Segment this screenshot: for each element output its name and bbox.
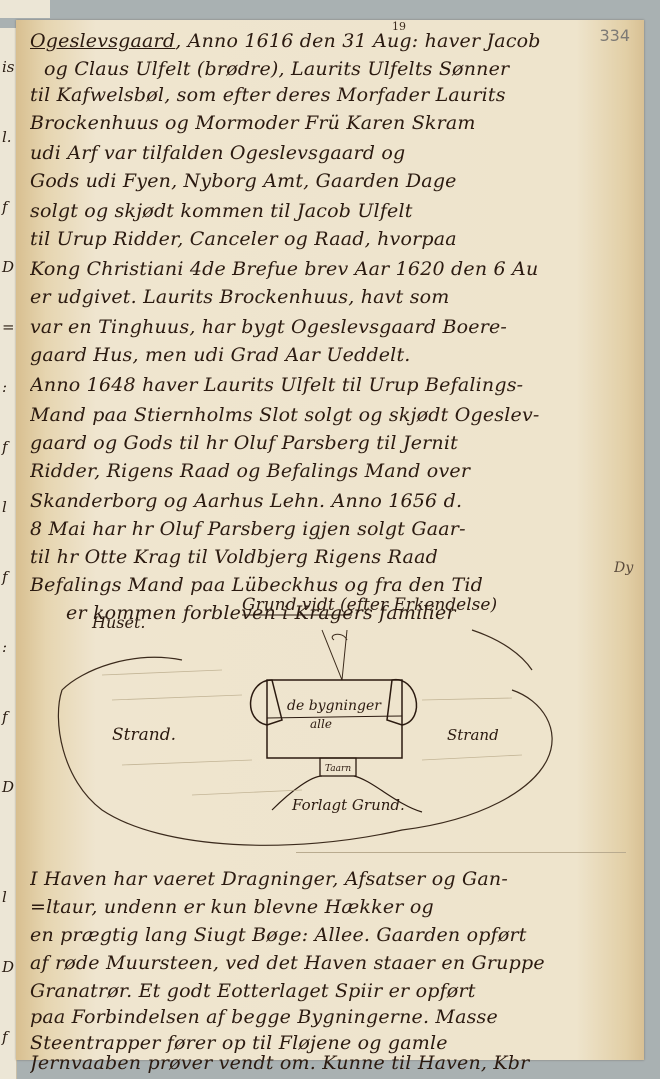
text-line: Kong Christiani 4de Brefue brev Aar 1620… [30,258,634,288]
text-line: gaard og Gods til hr Oluf Parsberg til J… [30,432,634,462]
adjacent-text-fragment: l [2,888,7,906]
bottom-label: Forlagt Grund. [291,796,405,814]
adjacent-text-fragment: f [2,568,8,586]
adjacent-text-fragment: f [2,708,8,726]
left-field-label: Strand. [112,725,176,745]
text-line: var en Tinghuus, har bygt Ogeslevsgaard … [30,316,634,346]
adjacent-text-fragment: is [2,58,15,76]
text-line: til Kafwelsbøl, som efter deres Morfader… [30,84,634,114]
adjacent-text-fragment: D [2,778,14,796]
text-line: Anno 1648 haver Laurits Ulfelt til Urup … [30,374,634,404]
text-line: Ogeslevsgaard, Anno 1616 den 31 Aug: hav… [30,30,634,60]
text-line: udi Arf var tilfalden Ogeslevsgaard og [30,142,634,172]
text-line: Gods udi Fyen, Nyborg Amt, Gaarden Dage [30,170,634,200]
text-line: Jernvaaben prøver vendt om. Kunne til Ha… [30,1052,634,1079]
adjacent-text-fragment: D [2,258,14,276]
text-line: en prægtig lang Siugt Bøge: Allee. Gaard… [30,924,634,954]
bridge-lines [322,630,347,680]
main-building [267,680,402,758]
text-line: 8 Mai har hr Oluf Parsberg igjen solgt G… [30,518,634,548]
text-line: Ridder, Rigens Raad og Befalings Mand ov… [30,460,634,490]
adjacent-text-fragment: D [2,958,14,976]
separator-line [296,852,626,853]
adjacent-text-fragment: f [2,1028,8,1046]
adjacent-text-fragment: = [2,318,15,336]
adjacent-page-edge: is l. f D = : f l f : f D l D f [0,28,17,1079]
adjacent-text-fragment: : [2,638,7,656]
text-line: Brockenhuus og Mormoder Frü Karen Skram [30,112,634,142]
text-line: af røde Muursteen, ved det Haven staaer … [30,952,634,982]
text-line: I Haven har vaeret Dragninger, Afsatser … [30,868,634,898]
text-line: gaard Hus, men udi Grad Aar Ueddelt. [30,344,634,374]
text-line: Mand paa Stiernholms Slot solgt og skjød… [30,404,634,434]
underlying-page-corner [0,0,50,18]
text-line: solgt og skjødt kommen til Jacob Ulfelt [30,200,634,230]
text-line: til hr Otte Krag til Voldbjerg Rigens Ra… [30,546,634,576]
adjacent-text-fragment: : [2,378,7,396]
diagram-title: Grund vidt (efter Erkendelse) [242,595,497,615]
entry-heading: Ogeslevsgaard [30,30,175,52]
diagram-caption-left: Huset. [91,613,145,632]
manuscript-page: 334 19 Ogeslevsgaard, Anno 1616 den 31 A… [16,20,644,1060]
text-line: er udgivet. Laurits Brockenhuus, havt so… [30,286,634,316]
adjacent-text-fragment: l [2,498,7,516]
adjacent-text-fragment: f [2,438,8,456]
building-label-1: de bygninger [287,698,382,714]
text-line: =ltaur, undenn er kun blevne Hækker og [30,896,634,926]
adjacent-text-fragment: f [2,198,8,216]
estate-plan-sketch: Grund vidt (efter Erkendelse) Huset. de … [42,580,632,850]
text-line: Skanderborg og Aarhus Lehn. Anno 1656 d. [30,490,634,520]
svg-text:Taarn: Taarn [325,764,351,774]
text-line: til Urup Ridder, Canceler og Raad, hvorp… [30,228,634,258]
adjacent-text-fragment: l. [2,128,12,146]
right-field-label: Strand [447,726,499,744]
building-label-2: alle [310,717,332,731]
